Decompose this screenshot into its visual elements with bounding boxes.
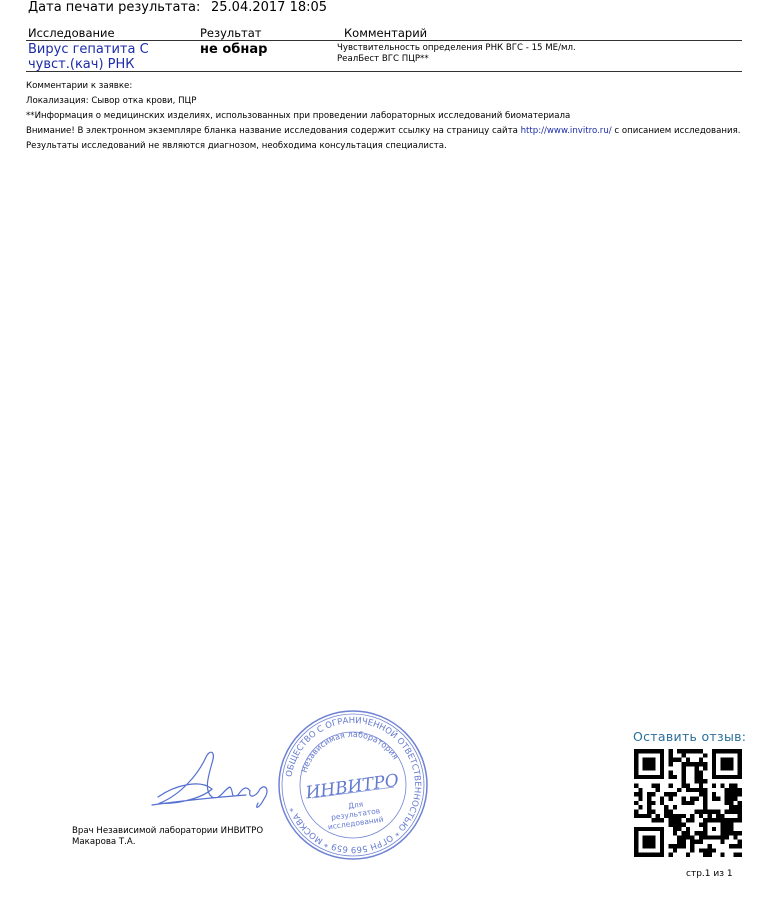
doctor-title: Врач Независимой лаборатории ИНВИТРО	[72, 826, 263, 837]
comment-line2: РеалБест ВГС ПЦР**	[337, 54, 429, 64]
test-name-link[interactable]: Вирус гепатита С чувст.(кач) РНК	[28, 42, 198, 72]
page-number: стр.1 из 1	[686, 869, 733, 880]
doctor-name: Макарова Т.А.	[72, 837, 263, 848]
order-comments-label: Комментарии к заявке:	[26, 81, 746, 92]
test-name-line1: Вирус гепатита С	[28, 42, 149, 57]
device-info-note: **Информация о медицинских изделиях, исп…	[26, 111, 746, 122]
test-name-line2: чувст.(кач) РНК	[28, 57, 135, 72]
invitro-link[interactable]: http://www.invitro.ru/	[521, 126, 612, 136]
notes-section: Комментарии к заявке: Локализация: Сывор…	[26, 81, 746, 156]
feedback-qr-code-icon[interactable]	[634, 749, 742, 857]
test-result: не обнар	[200, 42, 267, 57]
stamp-brand: ИНВИТРО	[304, 771, 401, 804]
company-stamp: ОБЩЕСТВО С ОГРАНИЧЕННОЙ ОТВЕТСТВЕННОСТЬЮ…	[276, 708, 430, 862]
row-divider	[26, 71, 742, 72]
print-date-label: Дата печати результата:	[28, 0, 200, 16]
doctor-signature-icon	[150, 745, 285, 815]
disclaimer-note: Результаты исследований не являются диаг…	[26, 141, 746, 152]
print-date-value: 25.04.2017 18:05	[211, 0, 327, 16]
attention-note: Внимание! В электронном экземпляре бланк…	[26, 126, 746, 137]
doctor-info: Врач Независимой лаборатории ИНВИТРО Мак…	[72, 826, 263, 848]
stamp-icon: ОБЩЕСТВО С ОГРАНИЧЕННОЙ ОТВЕТСТВЕННОСТЬЮ…	[276, 708, 430, 862]
attention-text: Внимание! В электронном экземпляре бланк…	[26, 126, 521, 136]
attention-text-end: с описанием исследования.	[612, 126, 741, 136]
localization-note: Локализация: Сывор отка крови, ПЦР	[26, 96, 746, 107]
test-comment: Чувствительность определения РНК ВГС - 1…	[337, 43, 737, 64]
column-header-test: Исследование	[28, 26, 115, 40]
column-header-result: Результат	[200, 26, 262, 40]
header-divider	[26, 40, 742, 41]
comment-line1: Чувствительность определения РНК ВГС - 1…	[337, 43, 576, 53]
column-header-comment: Комментарий	[344, 26, 427, 40]
feedback-label: Оставить отзыв:	[633, 729, 746, 744]
